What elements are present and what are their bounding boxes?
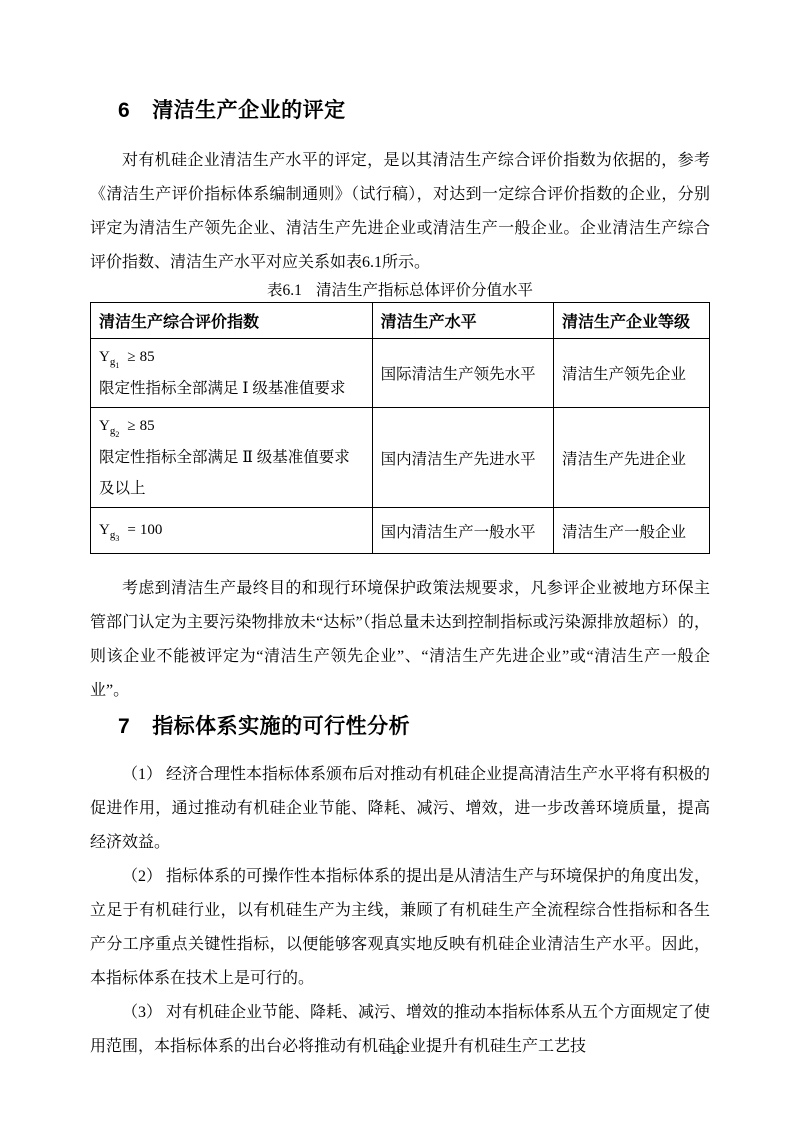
formula-value: 85: [140, 349, 155, 365]
index-cell: Yg2≥85 限定性指标全部满足 Ⅱ 级基准值要求及以上: [91, 408, 373, 508]
formula: Yg1≥85: [99, 342, 364, 373]
grade-cell: 清洁生产领先企业: [554, 339, 710, 408]
formula-subsub: 1: [115, 361, 119, 370]
table-header-index: 清洁生产综合评价指数: [91, 303, 373, 339]
table-row: Yg2≥85 限定性指标全部满足 Ⅱ 级基准值要求及以上 国内清洁生产先进水平 …: [91, 408, 710, 508]
formula: Yg2≥85: [99, 411, 364, 442]
section-6-paragraph-2: 考虑到清洁生产最终目的和现行环境保护政策法规要求，凡参评企业被地方环保主管部门认…: [90, 572, 710, 708]
condition-text: 限定性指标全部满足 Ⅱ 级基准值要求及以上: [99, 442, 364, 504]
table-header-grade: 清洁生产企业等级: [554, 303, 710, 339]
grade-cell: 清洁生产一般企业: [554, 508, 710, 554]
formula-subsub: 3: [115, 534, 119, 543]
formula-var: Y: [99, 418, 110, 434]
document-page: 6清洁生产企业的评定 对有机硅企业清洁生产水平的评定，是以其清洁生产综合评价指数…: [0, 0, 794, 1123]
index-cell: Yg3=100: [91, 508, 373, 554]
section-7-paragraph-2: （2） 指标体系的可操作性本指标体系的提出是从清洁生产与环境保护的角度出发，立足…: [90, 860, 710, 996]
formula-var: Y: [99, 349, 110, 365]
page-number: 16: [0, 1042, 794, 1058]
grade-cell: 清洁生产先进企业: [554, 408, 710, 508]
level-cell: 国际清洁生产领先水平: [372, 339, 553, 408]
table-caption-label: 表6.1: [267, 282, 302, 299]
formula-operator: =: [127, 522, 135, 538]
index-cell: Yg1≥85 限定性指标全部满足 Ⅰ 级基准值要求: [91, 339, 373, 408]
formula-subsub: 2: [115, 430, 119, 439]
condition-text: 限定性指标全部满足 Ⅰ 级基准值要求: [99, 373, 364, 404]
section-7-title: 指标体系实施的可行性分析: [152, 715, 410, 738]
table-row: Yg1≥85 限定性指标全部满足 Ⅰ 级基准值要求 国际清洁生产领先水平 清洁生…: [91, 339, 710, 408]
formula-value: 100: [140, 522, 163, 538]
evaluation-table: 清洁生产综合评价指数 清洁生产水平 清洁生产企业等级 Yg1≥85 限定性指标全…: [90, 302, 710, 554]
table-header-row: 清洁生产综合评价指数 清洁生产水平 清洁生产企业等级: [91, 303, 710, 339]
formula-value: 85: [140, 418, 155, 434]
formula: Yg3=100: [99, 515, 364, 546]
formula-operator: ≥: [127, 418, 135, 434]
section-7-paragraph-1: （1） 经济合理性本指标体系颁布后对推动有机硅企业提高清洁生产水平将有积极的促进…: [90, 758, 710, 860]
level-cell: 国内清洁生产一般水平: [372, 508, 553, 554]
formula-operator: ≥: [127, 349, 135, 365]
formula-var: Y: [99, 522, 110, 538]
section-6-heading: 6清洁生产企业的评定: [90, 96, 710, 126]
section-6-paragraph-1: 对有机硅企业清洁生产水平的评定，是以其清洁生产综合评价指数为依据的，参考《清洁生…: [90, 144, 710, 280]
section-7-heading: 7指标体系实施的可行性分析: [90, 712, 710, 742]
table-row: Yg3=100 国内清洁生产一般水平 清洁生产一般企业: [91, 508, 710, 554]
section-6-number: 6: [118, 99, 130, 122]
section-7-number: 7: [118, 715, 130, 738]
table-caption: 表6.1清洁生产指标总体评价分值水平: [90, 280, 710, 302]
section-6-title: 清洁生产企业的评定: [152, 99, 346, 122]
level-cell: 国内清洁生产先进水平: [372, 408, 553, 508]
table-header-level: 清洁生产水平: [372, 303, 553, 339]
table-caption-title: 清洁生产指标总体评价分值水平: [316, 282, 533, 299]
